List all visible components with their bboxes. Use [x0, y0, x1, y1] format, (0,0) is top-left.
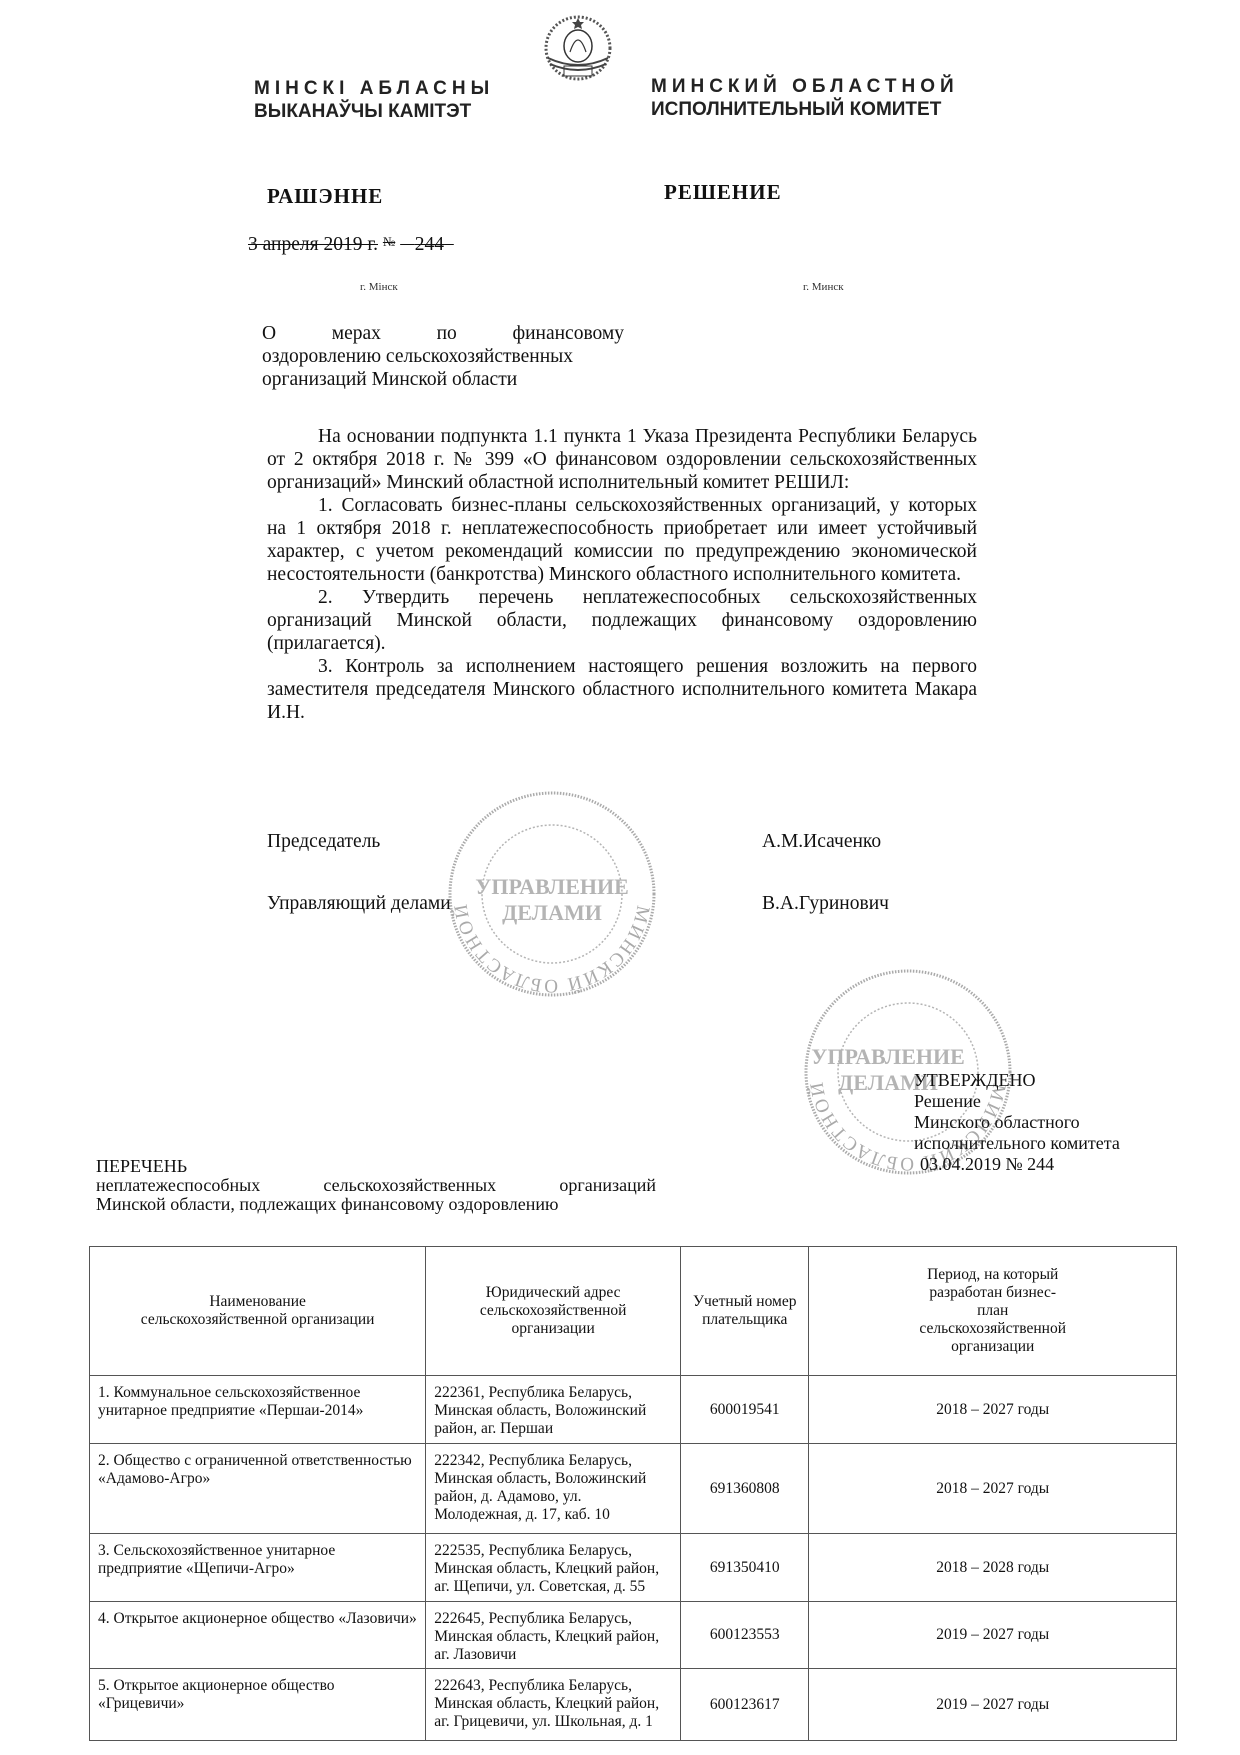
- cell-period: 2018 – 2028 годы: [809, 1534, 1177, 1602]
- item-1: 1. Согласовать бизнес-планы сельскохозяй…: [267, 494, 977, 586]
- svg-text:ДЕЛАМИ: ДЕЛАМИ: [502, 900, 602, 925]
- cell-unp: 691360808: [681, 1444, 809, 1534]
- doc-type-belarusian: РАШЭННЕ: [267, 184, 383, 209]
- approval-heading: УТВЕРЖДЕНО: [914, 1070, 1120, 1091]
- approval-line3: Минского областного: [914, 1112, 1120, 1133]
- approval-date-number: 03.04.2019 № 244: [914, 1154, 1120, 1175]
- cell-org-name: 3. Сельскохозяйственное унитарное предпр…: [90, 1534, 426, 1602]
- header-payer-number: Учетный номер плательщика: [681, 1247, 809, 1376]
- cell-period: 2019 – 2027 годы: [809, 1602, 1177, 1669]
- table-header-row: Наименование сельскохозяйственной органи…: [90, 1247, 1177, 1376]
- signature-chairman-title: Председатель: [267, 830, 380, 853]
- cell-period: 2018 – 2027 годы: [809, 1376, 1177, 1444]
- table-row: 4. Открытое акционерное общество «Лазови…: [90, 1602, 1177, 1669]
- table-row: 2. Общество с ограниченной ответственнос…: [90, 1444, 1177, 1534]
- cell-address: 222361, Республика Беларусь, Минская обл…: [426, 1376, 681, 1444]
- cell-org-name: 1. Коммунальное сельскохозяйственное уни…: [90, 1376, 426, 1444]
- cell-address: 222643, Республика Беларусь, Минская обл…: [426, 1669, 681, 1741]
- number-sign: №: [383, 234, 395, 249]
- doc-type-russian: РЕШЕНИЕ: [664, 180, 782, 205]
- table-row: 3. Сельскохозяйственное унитарное предпр…: [90, 1534, 1177, 1602]
- decision-body: На основании подпункта 1.1 пункта 1 Указ…: [267, 425, 977, 724]
- table-row: 5. Открытое акционерное общество «Грицев…: [90, 1669, 1177, 1741]
- preamble: На основании подпункта 1.1 пункта 1 Указ…: [267, 425, 977, 494]
- place-belarusian: г. Мінск: [360, 281, 398, 293]
- approval-line4: исполнительного комитета: [914, 1133, 1120, 1154]
- cell-unp: 691350410: [681, 1534, 809, 1602]
- cell-unp: 600019541: [681, 1376, 809, 1444]
- svg-text:УПРАВЛЕНИЕ: УПРАВЛЕНИЕ: [475, 874, 629, 899]
- header-business-plan-period: Период, на который разработан бизнес-пла…: [809, 1247, 1177, 1376]
- decision-date: 3 апреля 2019 г.: [248, 234, 378, 255]
- state-emblem-icon: [540, 12, 616, 84]
- list-title: ПЕРЕЧЕНЬ неплатежеспособных сельскохозяй…: [96, 1157, 656, 1214]
- header-left-line2: ВЫКАНАЎЧЫ КАМІТЭТ: [254, 100, 494, 123]
- subject-line2: оздоровлению сельскохозяйственных: [262, 345, 624, 368]
- header-right-line1: МИНСКИЙ ОБЛАСТНОЙ: [651, 75, 959, 98]
- list-title-line3: Минской области, подлежащих финансовому …: [96, 1195, 656, 1214]
- signature-manager-title: Управляющий делами: [267, 892, 451, 915]
- cell-period: 2018 – 2027 годы: [809, 1444, 1177, 1534]
- item-3: 3. Контроль за исполнением настоящего ре…: [267, 655, 977, 724]
- cell-address: 222535, Республика Беларусь, Минская обл…: [426, 1534, 681, 1602]
- subject-line1: О мерах по финансовому: [262, 322, 624, 345]
- approval-block: УТВЕРЖДЕНО Решение Минского областного и…: [914, 1070, 1120, 1175]
- list-title-line2: неплатежеспособных сельскохозяйственных …: [96, 1176, 656, 1195]
- svg-text:УПРАВЛЕНИЕ: УПРАВЛЕНИЕ: [811, 1044, 965, 1069]
- cell-unp: 600123617: [681, 1669, 809, 1741]
- header-right-line2: ИСПОЛНИТЕЛЬНЫЙ КОМИТЕТ: [651, 98, 959, 121]
- header-left-belarusian: МІНСКІ АБЛАСНЫ ВЫКАНАЎЧЫ КАМІТЭТ: [254, 77, 494, 123]
- organizations-table: Наименование сельскохозяйственной органи…: [89, 1246, 1177, 1741]
- signature-manager-name: В.А.Гуринович: [762, 892, 889, 915]
- date-line: 3 апреля 2019 г. № 244: [248, 234, 454, 256]
- header-legal-address: Юридический адрес сельскохозяйственной о…: [426, 1247, 681, 1376]
- signature-chairman-name: А.М.Исаченко: [762, 830, 881, 853]
- header-right-russian: МИНСКИЙ ОБЛАСТНОЙ ИСПОЛНИТЕЛЬНЫЙ КОМИТЕТ: [651, 75, 959, 121]
- cell-org-name: 2. Общество с ограниченной ответственнос…: [90, 1444, 426, 1534]
- header-organization-name: Наименование сельскохозяйственной органи…: [90, 1247, 426, 1376]
- cell-period: 2019 – 2027 годы: [809, 1669, 1177, 1741]
- approval-line2: Решение: [914, 1091, 1120, 1112]
- subject-line3: организаций Минской области: [262, 368, 624, 391]
- item-2: 2. Утвердить перечень неплатежеспособных…: [267, 586, 977, 655]
- cell-unp: 600123553: [681, 1602, 809, 1669]
- cell-org-name: 4. Открытое акционерное общество «Лазови…: [90, 1602, 426, 1669]
- place-russian: г. Минск: [803, 281, 844, 293]
- decision-number: 244: [400, 234, 454, 255]
- cell-address: 222342, Республика Беларусь, Минская обл…: [426, 1444, 681, 1534]
- subject-heading: О мерах по финансовому оздоровлению сель…: [262, 322, 624, 391]
- table-row: 1. Коммунальное сельскохозяйственное уни…: [90, 1376, 1177, 1444]
- cell-address: 222645, Республика Беларусь, Минская обл…: [426, 1602, 681, 1669]
- cell-org-name: 5. Открытое акционерное общество «Грицев…: [90, 1669, 426, 1741]
- list-title-heading: ПЕРЕЧЕНЬ: [96, 1157, 656, 1176]
- header-left-line1: МІНСКІ АБЛАСНЫ: [254, 77, 494, 100]
- official-stamp: МИНСКИЙ ОБЛАСТНОЙ ИСПОЛНИТЕЛЬНЫЙ КОМИТЕТ…: [447, 790, 657, 998]
